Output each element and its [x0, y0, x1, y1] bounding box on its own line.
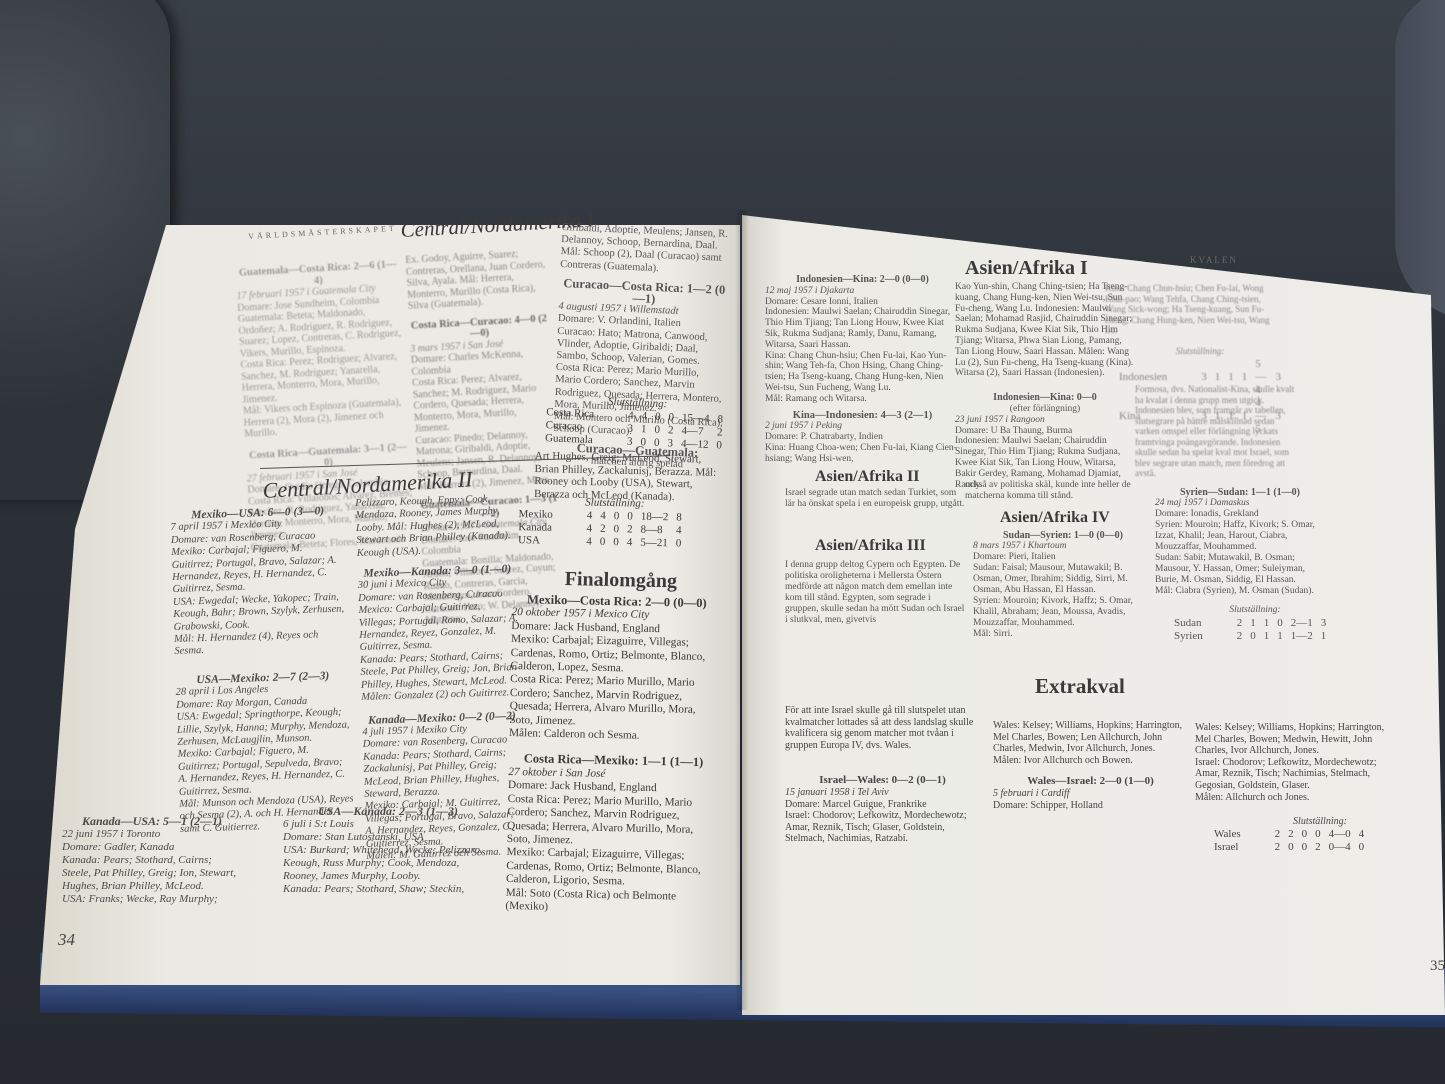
match-heading: Kanada—USA: 5—1 (2—1): [62, 815, 242, 828]
match-date: 5 februari i Cardiff: [993, 788, 1188, 800]
standings-row: Sudan21102—13: [1170, 617, 1330, 630]
cna2-col1-bottom: Kanada—USA: 5—1 (2—1) 22 juni 1957 i Tor…: [62, 815, 242, 906]
match-line: Domare: Marcel Guigue, Frankrike: [785, 799, 980, 811]
aa4-col1: Sudan—Syrien: 1—0 (0—0) 8 mars 1957 i Kh…: [973, 530, 1153, 640]
standings-row: Wales22004—04: [1210, 828, 1368, 841]
match-line: Wales: Kelsey; Williams, Hopkins; Harrin…: [993, 720, 1188, 755]
section-text-continued: också av politiska skäl, kunde inte hell…: [965, 480, 1135, 502]
match-line: Costa Rica: Perez; Mario Murillo, Mario …: [507, 793, 718, 851]
match-line: Syrien: Mouroin; Haffz, Kivork; S. Omar,…: [1155, 520, 1325, 553]
match-line: USA: Ewgedal; Springthorpe, Keough; Lill…: [176, 706, 352, 749]
section-title-aa2: Asien/Afrika II: [815, 468, 919, 486]
extra-col3: Wales: Kelsey; Williams, Hopkins; Harrin…: [1195, 722, 1385, 803]
match-line: Kanada: Pears; Stothard, Cairns; Steele,…: [360, 650, 521, 692]
match-line: Sudan: Faisal; Mausour, Mutawakil; B. Os…: [973, 563, 1153, 596]
standings-table: Wales22004—04 Israel20020—40: [1210, 828, 1368, 854]
section-text: Israel segrade utan match sedan Turkiet,…: [785, 488, 965, 510]
match-line: Målen: Ivor Allchurch och Bowen.: [993, 755, 1188, 767]
match-line: Domare: Cesare Ionni, Italien: [765, 297, 960, 308]
match-date: 23 juni 1957 i Rangoon: [955, 415, 1135, 426]
match-heading: Indonesien—Kina: 2—0 (0—0): [765, 275, 960, 286]
col3-top: Giribaldi, Adoptie, Meulens; Jansen, R. …: [560, 222, 732, 278]
aa1-note: Formosa, dvs. Nationalist-Kina, skulle k…: [1135, 384, 1295, 479]
cna2-col2-bottom: USA—Kanada: 2—3 (1—3) 6 juli i S:t Louis…: [283, 805, 493, 896]
match-line: USA: Ewgedal; Wecke, Yakopec; Train, Keo…: [173, 591, 349, 634]
match-line: Kanada: Pears; Stothard, Cairns; Steele,…: [62, 854, 242, 893]
standings-row: Syrien20111—21: [1170, 630, 1330, 643]
match-date: 22 juni 1957 i Toronto: [62, 828, 242, 841]
match-line: Mål: Ramang och Witarsa.: [765, 394, 960, 405]
match-line: USA: Franks; Wecke, Ray Murphy;: [62, 893, 242, 906]
match-line: Domare: P. Chatrabarty, Indien: [765, 432, 960, 443]
standings-table: Sudan21102—13 Syrien20111—21: [1170, 617, 1330, 643]
match-line: Domare: Schipper, Holland: [993, 800, 1188, 812]
section-text: I denna grupp deltog Cypern och Egypten.…: [785, 560, 965, 626]
match-line: Kina: Chang Chun-hsiu; Chen Fu-lai, Kao …: [765, 351, 960, 394]
match-line: Kanada: Pears; Stothard, Shaw; Steckin,: [283, 883, 493, 896]
match-subheading: (efter förlängning): [955, 404, 1135, 415]
match-line: Syrien: Mouroin; Kivork, Haffz; S. Omar,…: [973, 596, 1153, 629]
match-line: Mexiko: Carbajal; Eizaguirre, Villegas; …: [506, 846, 717, 891]
match-line: USA: Burkard; Whitehead, Wecke; Pelizzar…: [283, 844, 493, 883]
standings-title: Slutställning:: [1170, 604, 1340, 617]
aa1-col1: Indonesien—Kina: 2—0 (0—0) 12 maj 1957 i…: [765, 275, 960, 465]
match-heading: Indonesien—Kina: 0—0: [955, 393, 1135, 404]
match-line: Israel: Chodorov; Lefkowitz, Mordechewot…: [1195, 757, 1385, 792]
section-title-aa4: Asien/Afrika IV: [1000, 509, 1110, 527]
page-number-left: 34: [58, 930, 75, 950]
match-heading: Syrien—Sudan: 1—1 (1—0): [1155, 487, 1325, 498]
extra-col1: För att inte Israel skulle gå till sluts…: [785, 705, 980, 845]
match-line: Israel: Chodorov; Lefkowitz, Mordechewot…: [785, 810, 980, 845]
match-line: Domare: U Ba Thaung, Burma: [955, 426, 1135, 437]
match-line: Mexico: Carbajal; Guitirrez, Villegas; P…: [358, 600, 519, 655]
match-line: Mexiko: Carbajal; Eizaguirre, Villegas; …: [510, 633, 721, 678]
cna2-standings: Slutställning: Mexiko440018—28 Kanada420…: [514, 495, 715, 551]
aa4-standings: Slutställning: Sudan21102—13 Syrien20111…: [1170, 604, 1340, 643]
aa4-col2: Syrien—Sudan: 1—1 (1—0) 24 maj 1957 i Da…: [1155, 487, 1325, 597]
book-gutter: [735, 210, 749, 1010]
col3-top: Kina: Chang Chun-hsiu; Chen Fu-lai, Wong…: [1105, 283, 1275, 336]
match-line: Indonesien: Maulwi Saelan; Chairuddin Si…: [765, 307, 960, 350]
standings-table: Costa Rica440015—48 Curacao31024—72 Guat…: [541, 406, 727, 453]
aa2-text: Israel segrade utan match sedan Turkiet,…: [785, 488, 965, 510]
aa3-continued: också av politiska skäl, kunde inte hell…: [965, 480, 1135, 502]
match-line: Mål: Ciabra (Syrien), M. Osman (Sudan).: [1155, 586, 1325, 597]
match-line: Domare: Gadler, Kanada: [62, 841, 242, 854]
match-date: 6 juli i S:t Louis: [283, 818, 493, 831]
match-date: 15 januari 1958 i Tel Aviv: [785, 787, 980, 799]
match-line: Wales: Kelsey; Williams, Hopkins; Harrin…: [1195, 722, 1385, 757]
standings-table: Mexiko440018—28 Kanada42028—84 USA40045—…: [514, 508, 686, 551]
match-heading: Wales—Israel: 2—0 (1—0): [993, 776, 1188, 788]
cna1-standings: Slutställning: Costa Rica440015—48 Curac…: [541, 393, 733, 453]
match-line: Mål: H. Hernandez (4), Reyes och Sesma.: [174, 629, 350, 659]
section-title-final: Finalomgång: [565, 568, 678, 593]
match-line: Mexiko: Carbajal; Figuero, M. Guitirrez;…: [178, 744, 354, 799]
section-title-extrakval: Extrakval: [1035, 674, 1125, 699]
match-date: 2 juni 1957 i Peking: [765, 421, 960, 432]
extra-intro: För att inte Israel skulle gå till sluts…: [785, 705, 980, 751]
match-heading: Kina—Indonesien: 4—3 (2—1): [765, 411, 960, 422]
match-date: 12 maj 1957 i Djakarta: [765, 286, 960, 297]
match-line: Sudan: Sabit; Mutawakil, B. Osman; Mauso…: [1155, 553, 1325, 586]
match-line: Domare: Stan Lutostanski, USA: [283, 831, 493, 844]
match-heading: USA—Kanada: 2—3 (1—3): [283, 805, 493, 818]
match-line: Kanada: Pears; Stothard, Cairns; Zackalu…: [363, 747, 524, 802]
extra-standings: Slutställning: Wales22004—04 Israel20020…: [1210, 815, 1430, 854]
standings-row: Israel20020—40: [1210, 841, 1368, 854]
match-heading: Israel—Wales: 0—2 (0—1): [785, 775, 980, 787]
running-header-right: KVALEN: [1190, 255, 1238, 265]
match-date: 8 mars 1957 i Khartoum: [973, 541, 1153, 552]
match-line: Domare: Pieri, Italien: [973, 552, 1153, 563]
section-title-aa3: Asien/Afrika III: [815, 537, 926, 555]
extra-col2: Wales: Kelsey; Williams, Hopkins; Harrin…: [993, 720, 1188, 811]
section-title-aa1: Asien/Afrika I: [965, 257, 1088, 280]
match-date: 24 maj 1957 i Damaskus: [1155, 498, 1325, 509]
col2-top: Pelizzaro, Keough, Eppy; Cook, Mendoza, …: [355, 493, 517, 560]
match-heading: Sudan—Syrien: 1—0 (0—0): [973, 530, 1153, 541]
match-line: Domare: Ionadis, Grekland: [1155, 509, 1325, 520]
cna2-col1: Mexiko—USA: 6—0 (3—0) 7 april 1957 i Mex…: [170, 505, 355, 836]
standings-title: Slutställning:: [1115, 345, 1285, 358]
match-line: Kina: Huang Choa-wen; Chen Fu-lai, Kiang…: [765, 443, 960, 465]
match-line: Mexiko: Carbajal; Figuero, M. Guitirrez;…: [171, 542, 347, 597]
final-col: Mexiko—Costa Rica: 2—0 (0—0) 20 oktober …: [505, 593, 722, 918]
match-line: Costa Rica: Perez; Mario Murillo, Mario …: [509, 673, 720, 731]
aa1-col3: Kina: Chang Chun-hsiu; Chen Fu-lai, Wong…: [1105, 283, 1275, 336]
standings-title: Slutställning:: [1210, 815, 1430, 828]
page-number-right: 35: [1430, 958, 1445, 975]
match-line: Målen: Allchurch och Jones.: [1195, 792, 1385, 804]
background-case-right: [1395, 0, 1445, 320]
match-line: Costa Rica: Perez; Alvarez, Sanchez; M. …: [412, 370, 555, 435]
match-line: Mål: Soto (Costa Rica) och Belmonte (Mex…: [505, 886, 716, 917]
note-text: Formosa, dvs. Nationalist-Kina, skulle k…: [1135, 384, 1295, 479]
intro-fragment: Ex. Godoy, Aguirre, Suarez; Contreras, O…: [405, 247, 548, 312]
match-line: Mål: Sirri.: [973, 629, 1153, 640]
aa3-text: I denna grupp deltog Cypern och Egypten.…: [785, 560, 965, 626]
